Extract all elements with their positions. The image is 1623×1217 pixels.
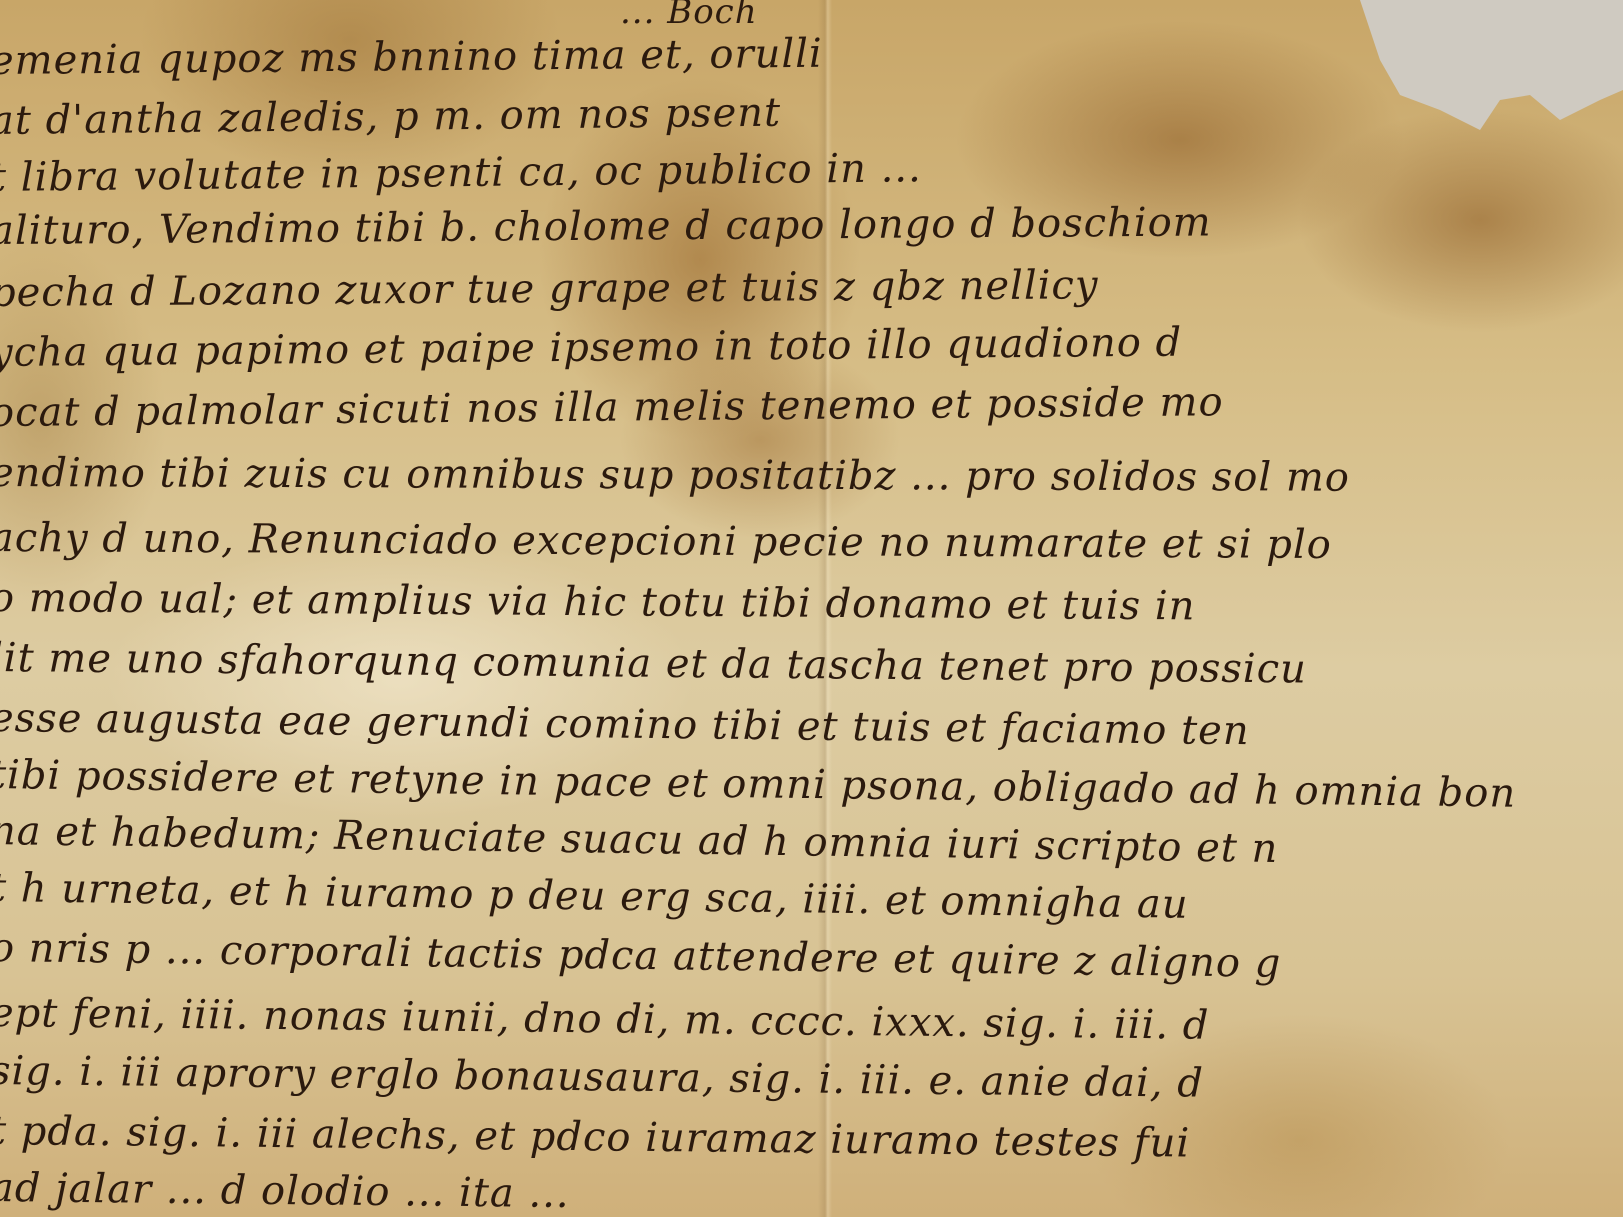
manuscript-line: ept feni, iiii. nonas iunii, dno di, m. …	[0, 990, 1210, 1049]
manuscript-line: t pda. sig. i. iii alechs, et pdco iuram…	[0, 1108, 1190, 1167]
manuscript-line: o nris p ... corporali tactis pdca atten…	[0, 925, 1282, 987]
manuscript-line: achy d uno, Renunciado excepcioni pecie …	[0, 515, 1332, 568]
manuscript-line: sig. i. iii aprory erglo bonausaura, sig…	[0, 1048, 1204, 1107]
manuscript-line: at d'antha zaledis, p m. om nos psent	[0, 90, 781, 144]
manuscript-line: pecha d Lozano zuxor tue grape et tuis z…	[0, 262, 1099, 316]
manuscript-photo: ... Boch emenia qupoz ms bnnino tima et,…	[0, 0, 1623, 1217]
manuscript-line: ad jalar ... d olodio ... ita ...	[0, 1165, 570, 1217]
manuscript-line: tibi possidere et retyne in pace et omni…	[0, 752, 1516, 817]
manuscript-line: lit me uno sfahorqunq comunia et da tasc…	[0, 635, 1307, 692]
manuscript-line: ... Boch	[620, 0, 758, 32]
manuscript-line: t libra volutate in psenti ca, oc public…	[0, 145, 922, 201]
handwritten-text-block: ... Boch emenia qupoz ms bnnino tima et,…	[0, 0, 1623, 1217]
manuscript-line: t h urneta, et h iuramo p deu erg sca, i…	[0, 865, 1189, 928]
manuscript-line: esse augusta eae gerundi comino tibi et …	[0, 695, 1250, 754]
manuscript-line: ocat d palmolar sicuti nos illa melis te…	[0, 379, 1224, 436]
manuscript-line: emenia qupoz ms bnnino tima et, orulli	[0, 31, 823, 84]
manuscript-line: alituro, Vendimo tibi b. cholome d capo …	[0, 199, 1212, 254]
manuscript-line: endimo tibi zuis cu omnibus sup positati…	[0, 450, 1350, 501]
manuscript-line: o modo ual; et amplius via hic totu tibi…	[0, 575, 1196, 629]
manuscript-line: na et habedum; Renuciate suacu ad h omni…	[0, 808, 1279, 872]
manuscript-line: ycha qua papimo et paipe ipsemo in toto …	[0, 320, 1182, 376]
